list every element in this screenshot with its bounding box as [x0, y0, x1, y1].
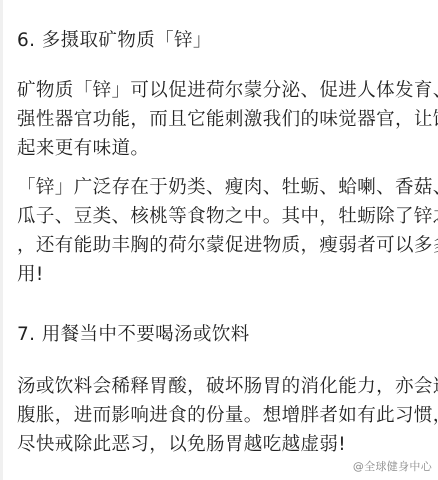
text-line: 汤或饮料会稀释胃酸，破坏肠胃的消化能力，亦会造成: [17, 372, 429, 401]
left-border: [0, 0, 3, 480]
watermark: @全球健身中心: [353, 458, 432, 474]
text-line: 尽快戒除此恶习，以免肠胃越吃越虚弱!: [17, 430, 429, 459]
text-line: 矿物质「锌」可以促进荷尔蒙分泌、促进人体发育、增: [17, 76, 429, 105]
section-6-paragraph-2: 「锌」广泛存在于奶类、瘦肉、牡蛎、蛤喇、香菇、南 瓜子、豆类、核桃等食物之中。其…: [17, 173, 429, 289]
text-line: 腹胀，进而影响进食的份量。想增胖者如有此习惯，应: [17, 401, 429, 430]
section-6-paragraph-1: 矿物质「锌」可以促进荷尔蒙分泌、促进人体发育、增 强性器官功能，而且它能刺激我们…: [17, 76, 429, 163]
text-line: 强性器官功能，而且它能刺激我们的味觉器官，让饭吃: [17, 105, 429, 134]
text-line: 瓜子、豆类、核桃等食物之中。其中，牡蛎除了锌之外: [17, 202, 429, 231]
text-line: 用!: [17, 260, 429, 289]
text-line: 起来更有味道。: [17, 134, 429, 163]
section-6-heading: 6. 多摄取矿物质「锌」: [17, 26, 212, 55]
text-line: ，还有能助丰胸的荷尔蒙促进物质，瘦弱者可以多多食: [17, 231, 429, 260]
section-7-heading: 7. 用餐当中不要喝汤或饮料: [17, 320, 250, 349]
text-line: 「锌」广泛存在于奶类、瘦肉、牡蛎、蛤喇、香菇、南: [17, 173, 429, 202]
section-7-paragraph-1: 汤或饮料会稀释胃酸，破坏肠胃的消化能力，亦会造成 腹胀，进而影响进食的份量。想增…: [17, 372, 429, 459]
